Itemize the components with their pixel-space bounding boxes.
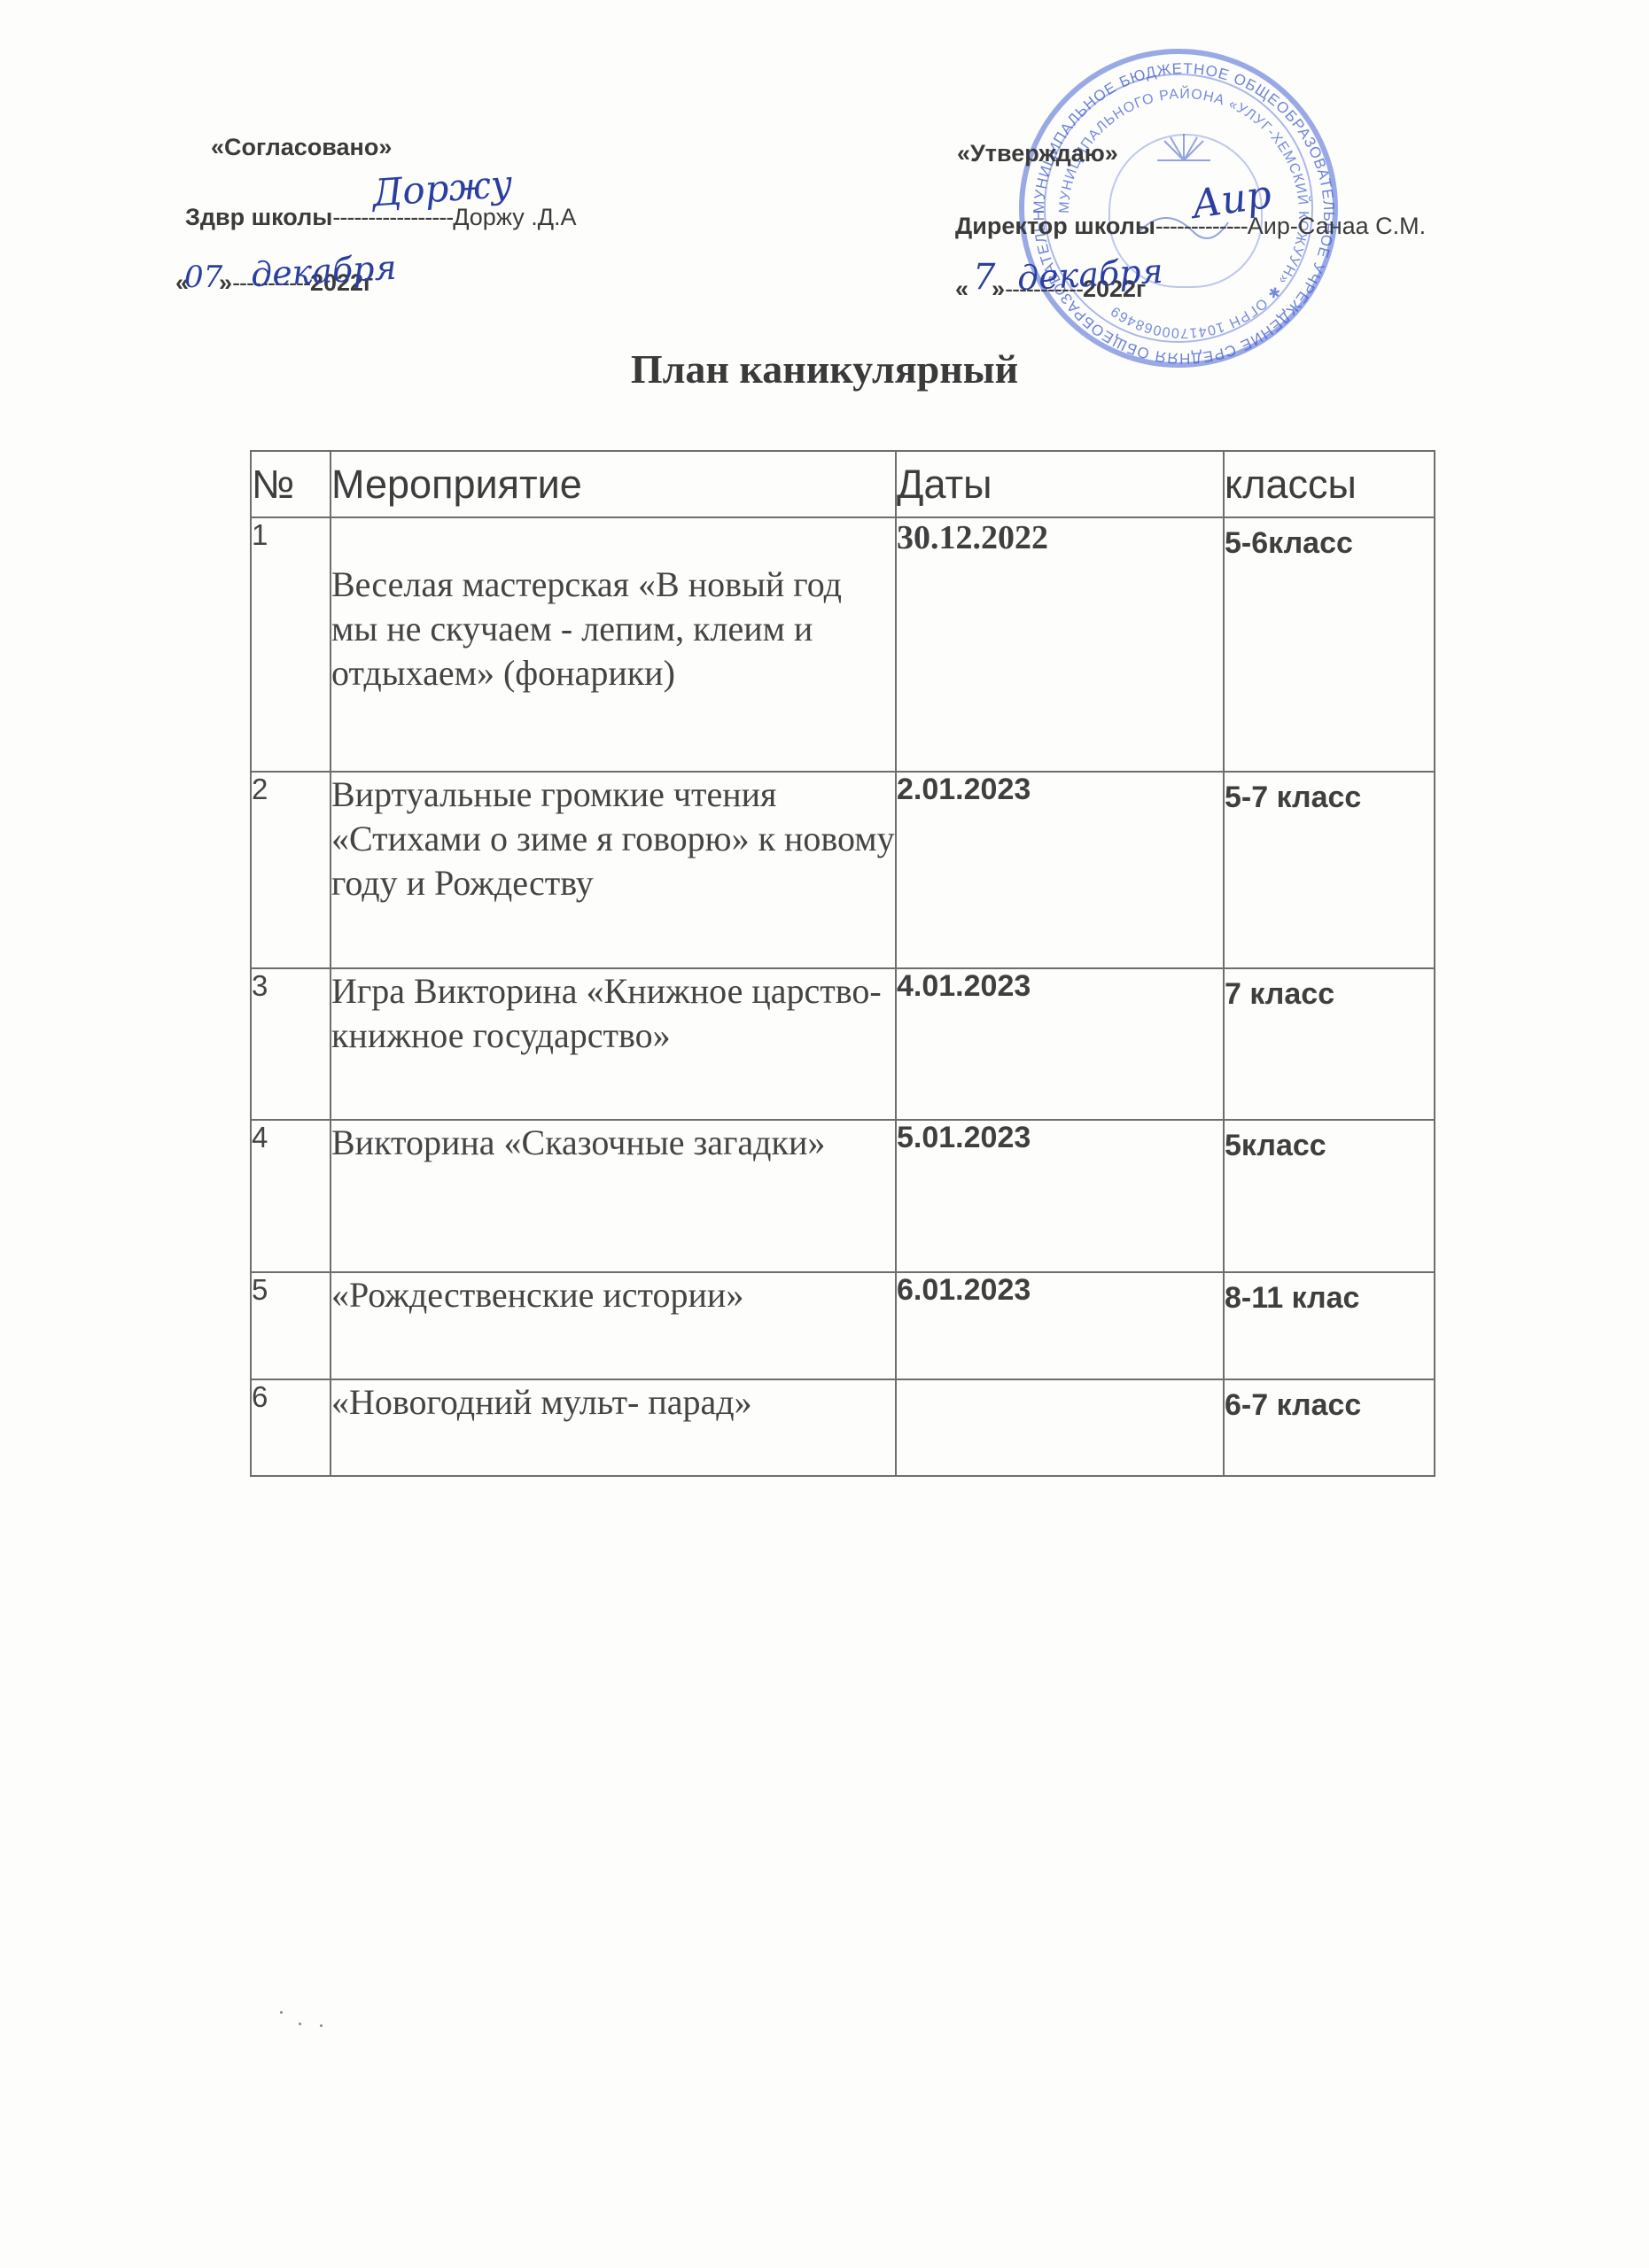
row-number: 4 [251,1120,331,1272]
row-event: «Рождественские истории» [331,1272,896,1379]
official-stamp: МУНИЦИПАЛЬНОЕ БЮДЖЕТНОЕ ОБЩЕОБРАЗОВАТЕЛЬ… [1019,49,1338,368]
row-number: 6 [251,1379,331,1476]
row-date: 2.01.2023 [896,772,1224,968]
row-event: «Новогодний мульт- парад» [331,1379,896,1476]
table-row: 1 Веселая мастерская «В новый год мы не … [251,517,1435,772]
agreed-role: Здвр школы [185,204,332,230]
approved-name: Аир-Санаа С.М. [1248,213,1426,239]
row-date: 6.01.2023 [896,1272,1224,1379]
row-classes: 7 класс [1224,968,1435,1120]
table-row: 4 Викторина «Сказочные загадки» 5.01.202… [251,1120,1435,1272]
row-classes: 6-7 класс [1224,1379,1435,1476]
scan-speck [299,2023,301,2025]
row-date [896,1379,1224,1476]
row-number: 1 [251,517,331,772]
row-classes: 5класс [1224,1120,1435,1272]
row-date: 5.01.2023 [896,1120,1224,1272]
row-classes: 5-6класс [1224,517,1435,772]
row-number: 2 [251,772,331,968]
scan-speck [320,2024,323,2027]
row-classes: 5-7 класс [1224,772,1435,968]
table-row: 2 Виртуальные громкие чтения «Стихами о … [251,772,1435,968]
table-row: 3 Игра Викторина «Книжное царство- книжн… [251,968,1435,1120]
agreed-heading: «Согласовано» [211,136,392,159]
table-row: 6 «Новогодний мульт- парад» 6-7 класс [251,1379,1435,1476]
agreed-handwritten-month: декабря [250,248,398,295]
approved-signature-line: Директор школы-------------Аир-Санаа С.М… [955,214,1426,238]
document-title: План каникулярный [0,346,1649,392]
header-dates: Даты [896,451,1224,517]
approved-handwritten-month: декабря [1016,252,1164,299]
vacation-plan-table: № Мероприятие Даты классы 1 Веселая маст… [250,450,1435,1477]
scan-speck [280,2011,283,2014]
row-date: 4.01.2023 [896,968,1224,1120]
row-event: Виртуальные громкие чтения «Стихами о зи… [331,772,896,968]
header-number: № [251,451,331,517]
header-classes: классы [1224,451,1435,517]
approved-role: Директор школы [955,213,1155,239]
row-event: Веселая мастерская «В новый год мы не ск… [331,517,896,772]
table-header-row: № Мероприятие Даты классы [251,451,1435,517]
row-classes: 8-11 клас [1224,1272,1435,1379]
row-number: 5 [251,1272,331,1379]
row-date: 30.12.2022 [896,517,1224,772]
table-row: 5 «Рождественские истории» 6.01.2023 8-1… [251,1272,1435,1379]
agreed-handwritten-day: 07 [184,260,222,295]
row-event: Игра Викторина «Книжное царство- книжное… [331,968,896,1120]
row-event: Викторина «Сказочные загадки» [331,1120,896,1272]
row-number: 3 [251,968,331,1120]
approved-date-open-quote: « [955,276,968,302]
approved-handwritten-day: 7 [973,257,995,298]
approved-heading: «Утверждаю» [957,142,1118,166]
header-event: Мероприятие [331,451,896,517]
